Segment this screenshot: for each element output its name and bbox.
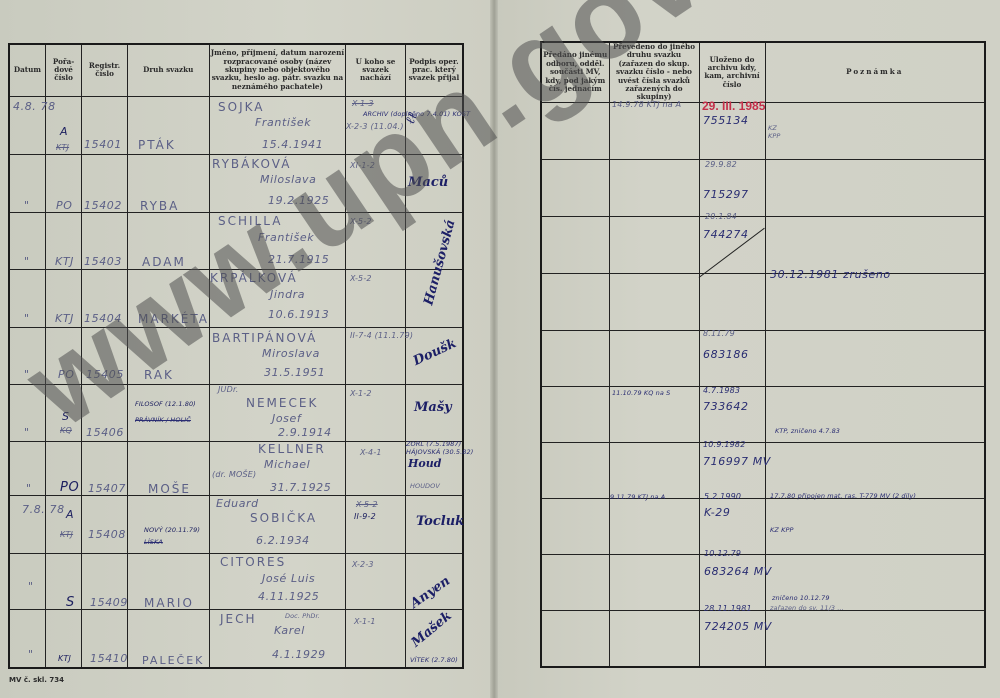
row4-ukoho: X-5-2 [350,274,372,283]
row2-firstname: Miloslava [260,173,317,186]
row3-surname: SCHILLA [218,214,282,228]
r-row5-ulozeno: 683186 [703,348,749,361]
table-row [541,442,985,498]
row10-surname: JECH [220,612,257,626]
row10-title: Doc. PhDr. [285,612,320,620]
table-row [541,498,985,554]
row5-firstname: Miroslava [262,347,320,360]
row5-birth: 31.5.1951 [264,366,325,379]
row9-registr: 15409 [90,596,128,609]
header-datum: Datum [9,44,45,96]
r-row9-poznamka: zničeno 10.12.79 [772,594,830,602]
row1-firstname: František [255,116,311,129]
row2-surname: RYBÁKOVÁ [212,157,291,171]
r-row10-poznamka: zařazen do sv. 11/3 ... [770,604,844,612]
row3-registr: 15403 [84,255,122,268]
row9-druh: MARIO [144,596,194,610]
header-druh-svazku: Druh svazku [127,44,209,96]
row9-poradove: S [66,595,75,610]
row7-firstname: Michael [264,458,310,471]
r-row1-prevedeno: 14.9.78 KTJ na A [612,100,681,109]
r-row6-prevedeno: 11.10.79 KQ na S [612,389,670,397]
r-row5-ulozeno-date: 8.11.79 [703,329,735,338]
row9-birth: 4.11.1925 [258,590,319,603]
row6-title: JUDr. [218,385,238,394]
row8-surname: SOBIČKA [250,511,317,525]
row4-surname: KRPÁLKOVÁ [210,271,298,285]
row8-poradove-struck: KTJ [60,530,73,539]
header-poradove-cislo: Pořa-dové číslo [45,44,81,96]
r-row8-prevedeno: 9.11.79 KTJ na A [610,493,665,501]
row6-surname: NEMECEK [246,396,318,410]
row9-datum: " [28,580,34,593]
table-row [541,554,985,610]
header-poznamka: Poznámka [765,42,985,102]
row8-druh-struck: LÍSKA [144,538,163,546]
row8-datum: 7.8. 78 [22,503,65,516]
row10-ukoho: X-1-1 [354,617,376,626]
r-row1-ulozeno: 755134 [703,114,749,127]
row4-poradove: KTJ [55,312,74,325]
row1-surname: SOJKA [218,100,264,114]
row10-birth: 4.1.1929 [272,648,326,661]
row2-ukoho: XI-1-2 [350,161,375,170]
row2-signature: Maců [408,175,448,190]
row7-birth: 31.7.1925 [270,481,331,494]
row8-registr: 15408 [88,528,126,541]
header-jmeno: Jméno, příjmení, datum narození rozpraco… [209,44,346,96]
r-row3-ulozeno-date: 20.1.84 [705,212,737,221]
header-predano: Předáno jinému odboru, odděl. součásti M… [541,42,609,102]
r-row7-ulozeno: 716997 MV [703,455,771,468]
row1-registr: 15401 [84,138,122,151]
table-row [541,159,985,216]
row1-poradove-struck: KTJ [56,143,69,152]
row6-firstname: Josef [272,412,301,425]
row5-druh: RAK [144,368,174,382]
row3-poradove: KTJ [55,255,74,268]
row2-registr: 15402 [84,199,122,212]
r-row10-ulozeno-date: 28.11.1981 [704,604,752,613]
row4-registr: 15404 [84,312,122,325]
row4-firstname: Jindra [270,288,305,301]
header-u-koho: U koho se svazek nachází [346,44,406,96]
row8-poradove: A [66,508,74,521]
row5-registr: 15405 [86,368,124,381]
archive-date-stamp: 29. III. 1985 [702,99,765,113]
row9-surname: CITORES [220,555,286,569]
row6-registr: 15406 [86,426,124,439]
r-row3-ulozeno: 744274 [703,228,749,241]
r-row10-ulozeno: 724205 MV [704,620,772,633]
row7-podpis-note: ZORL (7.5.1987) HÁJOVSKÁ (30.5.82) [406,440,476,456]
r-row7-ulozeno-date: 10.9.1982 [703,440,746,449]
row7-druh: MOŠE [148,482,191,496]
table-row [541,330,985,386]
row10-druh: PALEČEK [142,654,204,667]
row4-birth: 10.6.1913 [268,308,329,321]
row6-signature: Mašy [414,400,452,415]
table-row [541,610,985,667]
row10-firstname: Karel [274,624,305,637]
row7-registr: 15407 [88,482,126,495]
r-row6-poznamka: KTP, zničeno 4.7.83 [775,427,840,435]
row5-poradove: PO [58,368,75,381]
row8-ukoho-struck: X-5-2 [356,500,378,509]
row1-druh: PTÁK [138,138,176,152]
row1-ukoho-struck: X-1-3 [352,99,374,108]
row9-firstname: José Luis [262,572,315,585]
row7-alias: (dr. MOŠE) [212,470,256,479]
row7-poradove: PO [60,480,79,495]
row6-poradove: S [62,410,70,423]
row2-datum: " [24,199,30,212]
header-podpis: Podpis oper. prac. který svazek přijal [405,44,463,96]
row9-ukoho: X-2-3 [352,560,374,569]
row8-signature: Tocluk [416,514,464,529]
r-row8-poznamka: 17.7.80 připojen mat. ras. T-779 MV (2 d… [770,492,916,500]
r-row8-poznamka2: KZ KPP [770,526,793,534]
table-row [541,273,985,330]
row7-signature: Houd [408,457,441,470]
r-row9-ulozeno-date: 10.12.79 [704,549,741,558]
r-row2-ulozeno: 715297 [703,188,749,201]
row8-firstname: Eduard [216,497,259,510]
row7-ukoho: X-4-1 [360,448,382,457]
r-row9-ulozeno: 683264 MV [704,565,772,578]
row10-registr: 15410 [90,652,128,665]
row2-poradove: PO [56,199,73,212]
r-row8-ulozeno-date: 5.2.1990 [704,492,741,501]
row8-birth: 6.2.1934 [256,534,310,547]
row2-birth: 19.2.1925 [268,194,329,207]
row6-poradove-struck: KQ [60,426,72,435]
row7-datum: " [26,482,32,495]
row3-datum: " [24,255,30,268]
row5-surname: BARTIPÁNOVÁ [212,331,317,345]
row6-ukoho: X-1-2 [350,389,372,398]
row5-ukoho: II-7-4 (11.1.79) [350,331,413,340]
header-registr-cislo: Registr. číslo [82,44,128,96]
row3-birth: 21.7.1915 [268,253,329,266]
row5-datum: " [24,368,30,381]
row4-druh: MARKÉTA [138,312,209,326]
row7-surname: KELLNER [258,442,326,456]
r-row6-ulozeno: 733642 [703,400,749,413]
form-number: MV č. skl. 734 [9,676,64,684]
row8-ukoho: II-9-2 [354,512,376,521]
row10-datum: " [28,648,34,661]
row1-ukoho: X-2-3 (11.04.) [346,122,404,131]
r-row8-ulozeno: K-29 [704,506,730,519]
row1-datum: 4.8. 78 [13,100,56,113]
register-table-left: Datum Pořa-dové číslo Registr. číslo Dru… [8,43,464,669]
row1-birth: 15.4.1941 [262,138,323,151]
r-row2-ulozeno-date: 29.9.82 [705,160,737,169]
row8-druh: NOVÝ (20.11.79) [144,526,200,534]
header-ulozeno: Uloženo do archivu kdy, kam, archivní čí… [699,42,765,102]
row7-podpis: HOUDOV [410,482,440,490]
table-row [541,216,985,273]
row2-druh: RYBA [140,199,179,213]
row3-druh: ADAM [142,255,186,269]
row4-datum: " [24,312,30,325]
row3-ukoho: X-5-2 [350,217,372,226]
row6-birth: 2.9.1914 [278,426,332,439]
r-row1-poznamka: KZ KPP [768,124,788,140]
row1-poradove: A [60,125,68,138]
header-prevedeno: Převedeno do jiného druhu svazku (zařaze… [609,42,699,102]
book-spine [490,0,498,698]
row6-datum: " [24,426,30,439]
r-row6-ulozeno-date: 4.7.1983 [703,386,740,395]
row6-druh: FILOSOF (12.1.80) [135,400,196,408]
table-row [541,386,985,442]
row3-firstname: František [258,231,314,244]
row6-druh-struck: PRÁVNÍK / HOLIČ [135,415,205,425]
row10-poradove: KTJ [58,654,71,663]
r-row4-poznamka: 30.12.1981 zrušeno [770,268,891,281]
row10-podpis: VÍTEK (2.7.80) [410,656,458,664]
